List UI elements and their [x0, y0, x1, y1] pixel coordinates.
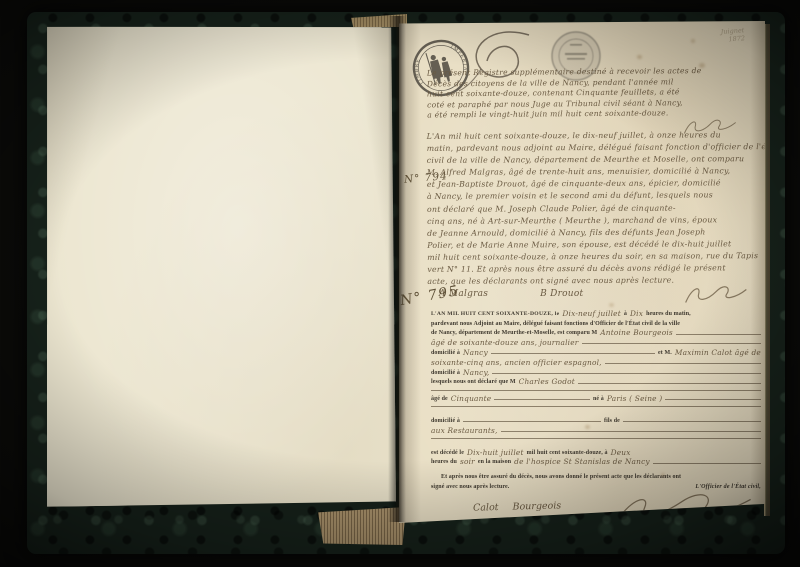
form-row-domicile1: domicilié à Nancy et M. Maximin Calot âg… [431, 346, 761, 356]
signature-calot: Calot [473, 502, 499, 514]
gutter-shadow [388, 16, 406, 522]
entry-declarant-2-age: soixante-cinq ans, ancien officier espag… [431, 358, 602, 367]
form-row-domicile2: domicilié à Nancy, [431, 366, 761, 376]
rule-line [653, 463, 761, 464]
form-rule-row [431, 385, 761, 392]
opening-paragraph: Le présent Registre supplémentaire desti… [427, 66, 763, 122]
printed-born: né à [593, 396, 604, 402]
rule-line [501, 431, 761, 432]
form-row-death-date: est décédé le Dix-huit juillet mil huit … [431, 446, 761, 456]
photo-canvas: TIMBRE IMPERIAL [0, 0, 800, 567]
entry-parents: aux Restaurants, [431, 426, 498, 435]
margin-number-795: N° 795 [399, 283, 460, 309]
corner-annotation: Juignet 1872 [721, 26, 746, 44]
rule-line [492, 373, 761, 374]
form-row-declarant2-age: soixante-cinq ans, ancien officier espag… [431, 356, 761, 366]
foxing-spot [637, 55, 642, 59]
entry-declarant-2: Maximin Calot âgé de [675, 348, 761, 357]
entry-date: Dix-neuf juillet [562, 309, 621, 318]
entry-soir: soir [460, 457, 475, 466]
entry-domicile-1: Nancy [463, 348, 488, 357]
printed-age: âgé de [431, 396, 448, 402]
printed-domicile-1: domicilié à [431, 350, 460, 356]
printed-and: et M. [658, 350, 672, 356]
form-row-city: de Nancy, département de Meurthe-et-Mose… [431, 327, 761, 337]
entry-death-date: Dix-huit juillet [467, 448, 524, 457]
form-row-date: L'AN MIL HUIT CENT SOIXANTE-DOUZE, le Di… [431, 307, 761, 317]
death-act-form: L'AN MIL HUIT CENT SOIXANTE-DOUZE, le Di… [431, 307, 761, 490]
rule-line [494, 399, 590, 400]
foxing-spot [691, 39, 695, 43]
entry-death-place: de l'hospice St Stanislas de Nancy [514, 457, 650, 466]
form-row-officiant: pardevant nous Adjoint au Maire, délégué… [431, 317, 761, 327]
rule-line [463, 421, 601, 422]
signature-drouot: B Drouot [540, 289, 583, 299]
printed-officiant: pardevant nous Adjoint au Maire, délégué… [431, 321, 680, 327]
form-row-parents: aux Restaurants, [431, 424, 761, 434]
form-row-declarant1-age: âgé de soixante-douze ans, journalier [431, 336, 761, 346]
left-blank-page [45, 25, 396, 507]
entry-hour: Dix [630, 309, 643, 318]
entry-death-hour: Deux [611, 448, 631, 457]
printed-closing-1: Et après nous être assuré du décès, nous… [441, 474, 681, 480]
act-794-text: L'An mil huit cent soixante-douze, le di… [427, 129, 766, 288]
printed-hours: heures du matin, [646, 311, 691, 317]
act-794-paraphe-icon [677, 283, 755, 309]
act-794-line: vert N° 11. Et après nous être assuré du… [427, 262, 765, 276]
printed-house: en la maison [478, 459, 511, 465]
rule-line [582, 343, 761, 344]
printed-year: mil huit cent soixante-douze, à [527, 450, 608, 456]
rule-line [676, 334, 761, 335]
act-794-line: et Jean-Baptiste Drouot, âgé de cinquant… [427, 177, 765, 191]
form-rule-row [431, 434, 761, 441]
form-row-death-place: heures du soir en la maison de l'hospice… [431, 456, 761, 466]
form-row-closing1: Et après nous être assuré du décès, nous… [431, 470, 761, 480]
form-row-deceased: lesquels nous ont déclaré que M Charles … [431, 376, 761, 386]
corner-annotation-line2: 1872 [721, 34, 745, 44]
printed-city: de Nancy, département de Meurthe-et-Mose… [431, 330, 597, 336]
printed-domicile-3: domicilié à [431, 418, 460, 424]
printed-hours-of: heures du [431, 459, 457, 465]
rule-line [578, 383, 761, 384]
printed-son-of: fils de [604, 418, 620, 424]
entry-domicile-2: Nancy, [463, 368, 490, 377]
right-register-page: TIMBRE IMPERIAL [399, 21, 765, 523]
rule-line [605, 363, 761, 364]
rule-line [623, 421, 761, 422]
entry-declarant-1: Antoine Bourgeois [600, 328, 673, 337]
rule-line [431, 438, 761, 439]
printed-year-line: L'AN MIL HUIT CENT SOIXANTE-DOUZE, le [431, 311, 559, 317]
entry-deceased-age: Cinquante [451, 394, 492, 403]
entry-birthplace: Paris ( Seine ) [607, 394, 663, 403]
printed-died: est décédé le [431, 450, 464, 456]
rule-line [431, 390, 761, 391]
rule-line [491, 353, 655, 354]
signature-bourgeois: Bourgeois [512, 500, 561, 512]
form-rule-row [431, 402, 761, 409]
rule-line [665, 399, 761, 400]
printed-closing-2: signé avec nous après lecture. [431, 484, 509, 490]
form-row-deceased-age: âgé de Cinquante né à Paris ( Seine ) [431, 392, 761, 402]
entry-deceased-name: Charles Godot [519, 377, 575, 386]
act-794-line: cinq ans, né à Art-sur-Meurthe ( Meurthe… [427, 214, 765, 228]
form-row-deceased-domicile: domicilié à fils de [431, 414, 761, 424]
printed-domicile-2: domicilié à [431, 370, 460, 376]
printed-a: à [624, 311, 627, 317]
printed-declared: lesquels nous ont déclaré que M [431, 379, 516, 385]
entry-declarant-1-age: âgé de soixante-douze ans, journalier [431, 338, 579, 347]
rule-line [431, 406, 761, 407]
